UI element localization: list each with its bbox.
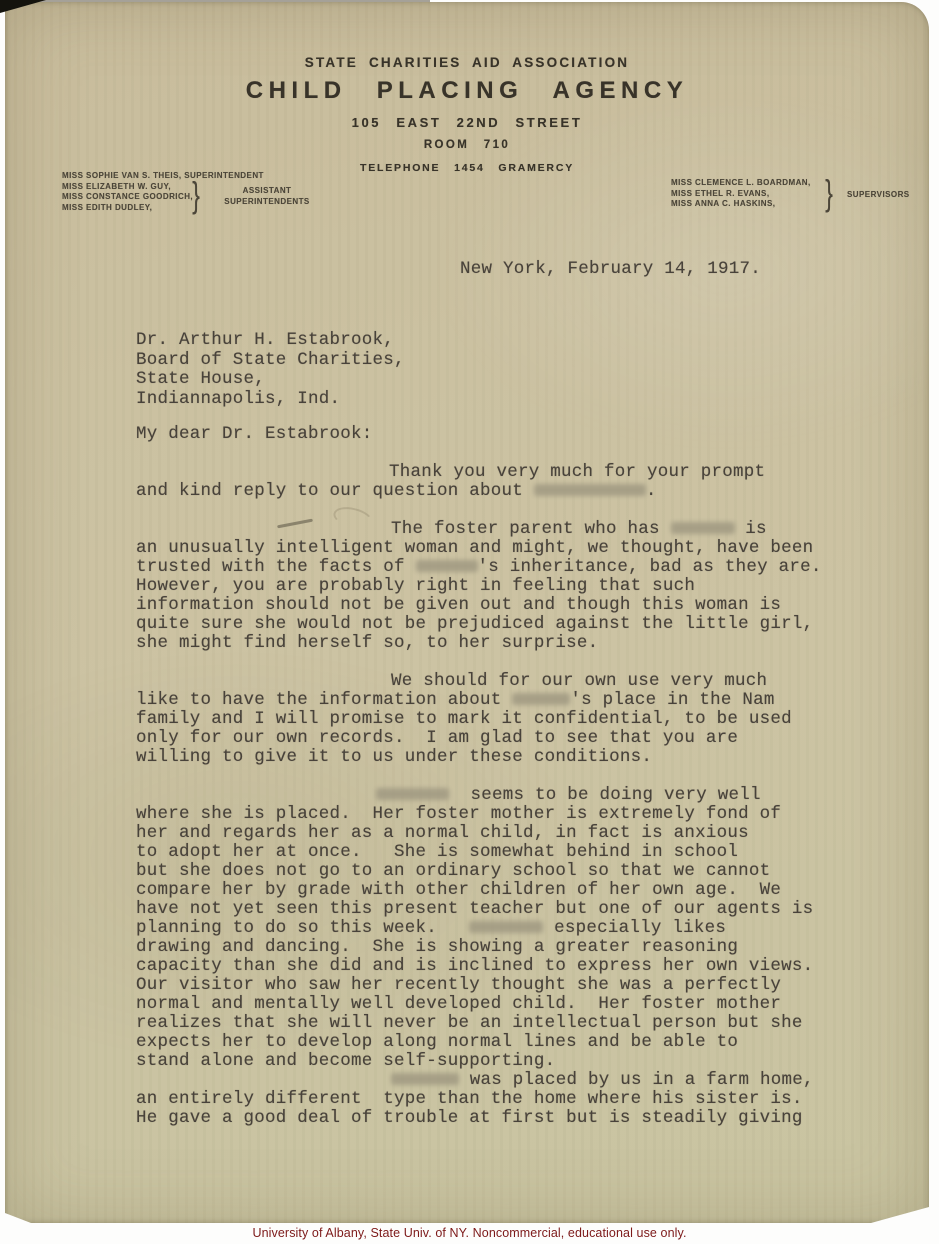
redacted-name	[391, 1073, 459, 1085]
paragraph: seems to be doing very wellwhere she is …	[136, 786, 836, 1071]
body-line: but she does not go to an ordinary schoo…	[136, 862, 836, 881]
body-line: have not yet seen this present teacher b…	[136, 900, 836, 919]
body-line: only for our own records. I am glad to s…	[136, 729, 836, 748]
redacted-name	[512, 693, 570, 705]
body-line: trusted with the facts of 's inheritance…	[136, 558, 836, 577]
paragraph: The foster parent who has isan unusually…	[136, 520, 836, 653]
staff-left-group-label: ASSISTANT SUPERINTENDENTS	[212, 185, 322, 207]
body-line: He gave a good deal of trouble at first …	[136, 1109, 836, 1128]
paper-corner-cut	[5, 1213, 31, 1223]
letterhead-street: 105 EAST 22ND STREET	[5, 115, 929, 130]
scanned-letter-page: STATE CHARITIES AID ASSOCIATION CHILD PL…	[0, 0, 939, 1244]
scan-edge-line	[0, 0, 430, 2]
body-line: compare her by grade with other children…	[136, 881, 836, 900]
body-line: information should not be given out and …	[136, 596, 836, 615]
redacted-name	[671, 522, 735, 534]
body-line: her and regards her as a normal child, i…	[136, 824, 836, 843]
body-line: drawing and dancing. She is showing a gr…	[136, 938, 836, 957]
footer-caption: University of Albany, State Univ. of NY.…	[0, 1226, 939, 1240]
brace-glyph: }	[192, 177, 200, 213]
body-line: to adopt her at once. She is somewhat be…	[136, 843, 836, 862]
recipient-address: Dr. Arthur H. Estabrook,Board of State C…	[136, 331, 405, 409]
body-line: capacity than she did and is inclined to…	[136, 957, 836, 976]
recipient-line: Board of State Charities,	[136, 351, 405, 371]
letter-body: Thank you very much for your promptand k…	[136, 463, 836, 1128]
letterhead-room: ROOM 710	[5, 139, 929, 151]
paragraph: Thank you very much for your promptand k…	[136, 463, 836, 501]
staff-name: MISS CLEMENCE L. BOARDMAN,	[671, 178, 911, 189]
scan-corner-shadow	[0, 0, 46, 13]
body-line: Thank you very much for your prompt	[136, 463, 836, 482]
brace-glyph: }	[825, 175, 833, 211]
body-line: normal and mentally well developed child…	[136, 995, 836, 1014]
body-line: family and I will promise to mark it con…	[136, 710, 836, 729]
body-line: We should for our own use very much	[136, 672, 836, 691]
dateline: New York, February 14, 1917.	[460, 260, 761, 279]
body-line: Our visitor who saw her recently thought…	[136, 976, 836, 995]
body-line: she might find herself so, to her surpri…	[136, 634, 836, 653]
redacted-name	[534, 484, 646, 496]
body-line: and kind reply to our question about .	[136, 482, 836, 501]
staff-name: MISS ANNA C. HASKINS,	[671, 199, 911, 210]
body-line: an unusually intelligent woman and might…	[136, 539, 836, 558]
recipient-line: State House,	[136, 370, 405, 390]
redacted-name	[376, 788, 449, 800]
body-line: willing to give it to us under these con…	[136, 748, 836, 767]
paragraph: We should for our own use very muchlike …	[136, 672, 836, 767]
recipient-line: Dr. Arthur H. Estabrook,	[136, 331, 405, 351]
salutation: My dear Dr. Estabrook:	[136, 425, 373, 444]
body-line: The foster parent who has is	[136, 520, 836, 539]
group-label-line: SUPERINTENDENTS	[212, 196, 322, 207]
body-line: planning to do so this week. especially …	[136, 919, 836, 938]
body-line: like to have the information about 's pl…	[136, 691, 836, 710]
paper-corner-cut	[871, 1207, 929, 1223]
body-line: realizes that she will never be an intel…	[136, 1014, 836, 1033]
body-line: seems to be doing very well	[136, 786, 836, 805]
letterhead-org: STATE CHARITIES AID ASSOCIATION	[5, 55, 929, 70]
paragraph: was placed by us in a farm home,an entir…	[136, 1071, 836, 1128]
body-line: stand alone and become self-supporting.	[136, 1052, 836, 1071]
body-line: However, you are probably right in feeli…	[136, 577, 836, 596]
body-line: quite sure she would not be prejudiced a…	[136, 615, 836, 634]
body-line: was placed by us in a farm home,	[136, 1071, 836, 1090]
staff-block-right: MISS CLEMENCE L. BOARDMAN,MISS ETHEL R. …	[671, 178, 911, 214]
staff-right-group-label: SUPERVISORS	[847, 189, 910, 200]
redacted-name	[416, 560, 478, 572]
body-line: an entirely different type than the home…	[136, 1090, 836, 1109]
staff-superintendent-line: MISS SOPHIE VAN S. THEIS, SUPERINTENDENT	[62, 171, 312, 182]
group-label-line: ASSISTANT	[212, 185, 322, 196]
staff-block-left: MISS SOPHIE VAN S. THEIS, SUPERINTENDENT…	[62, 171, 312, 219]
body-line: where she is placed. Her foster mother i…	[136, 805, 836, 824]
redacted-name	[469, 921, 543, 933]
paper: STATE CHARITIES AID ASSOCIATION CHILD PL…	[5, 2, 929, 1223]
recipient-line: Indiannapolis, Ind.	[136, 390, 405, 410]
letterhead-agency: CHILD PLACING AGENCY	[5, 77, 929, 105]
body-line: expects her to develop along normal line…	[136, 1033, 836, 1052]
